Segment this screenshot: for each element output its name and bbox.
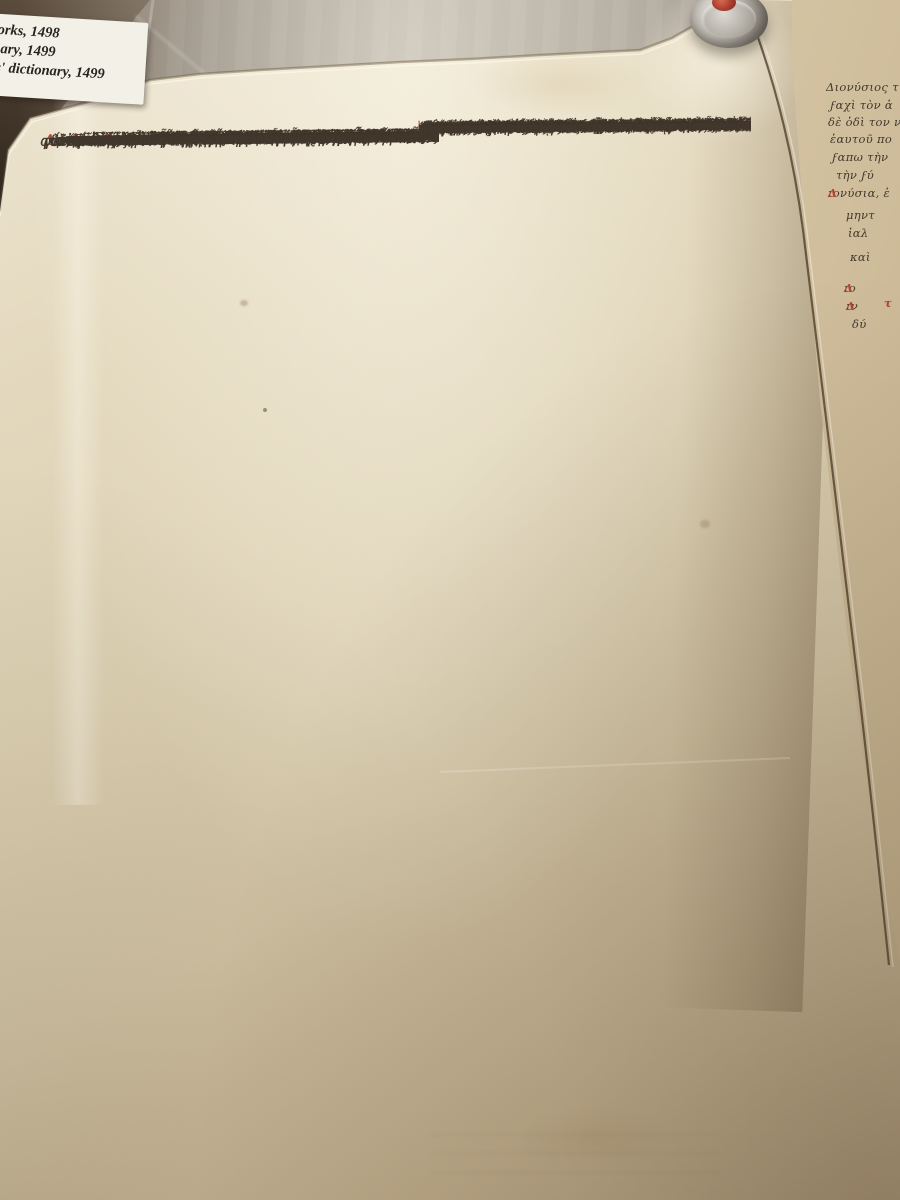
photo-of-open-book: Διονύσιος τϝαχὶ τὸν ἀδὲ ὁδὶ τον νἑαυτοῦ … [0, 0, 900, 1200]
text-column-2: μεθίεται γὰρ ἀπ' ἐπὶ τοῦ.Διωμοσία, ὅρκος… [419, 115, 761, 1118]
exhibit-label-line: orks, 1498 [0, 22, 60, 43]
text-column-1: πλὴν τοῦ ἐρείκη εἶδος φυτοῦ. ἐν νείκη ὄν… [39, 126, 449, 1122]
greek-text-line: φωτεινός, φωτεινή. καὶ τὸ κύριον ὄνομα, … [40, 126, 449, 153]
exhibit-label-line: nary, 1499 [0, 41, 56, 62]
exhibit-label-line: s' dictionary, 1499 [0, 60, 105, 84]
exhibit-label: orks, 1498 nary, 1499 s' dictionary, 149… [0, 13, 148, 105]
greek-text-block: πλὴν τοῦ ἐρείκη εἶδος φυτοῦ. ἐν νείκη ὄν… [0, 0, 900, 1200]
greek-text-line: καὶ τὸ πῆ τοῦ α ᾗ σο καὶ τοῦ λ ᾗ σι ν. [420, 115, 713, 142]
